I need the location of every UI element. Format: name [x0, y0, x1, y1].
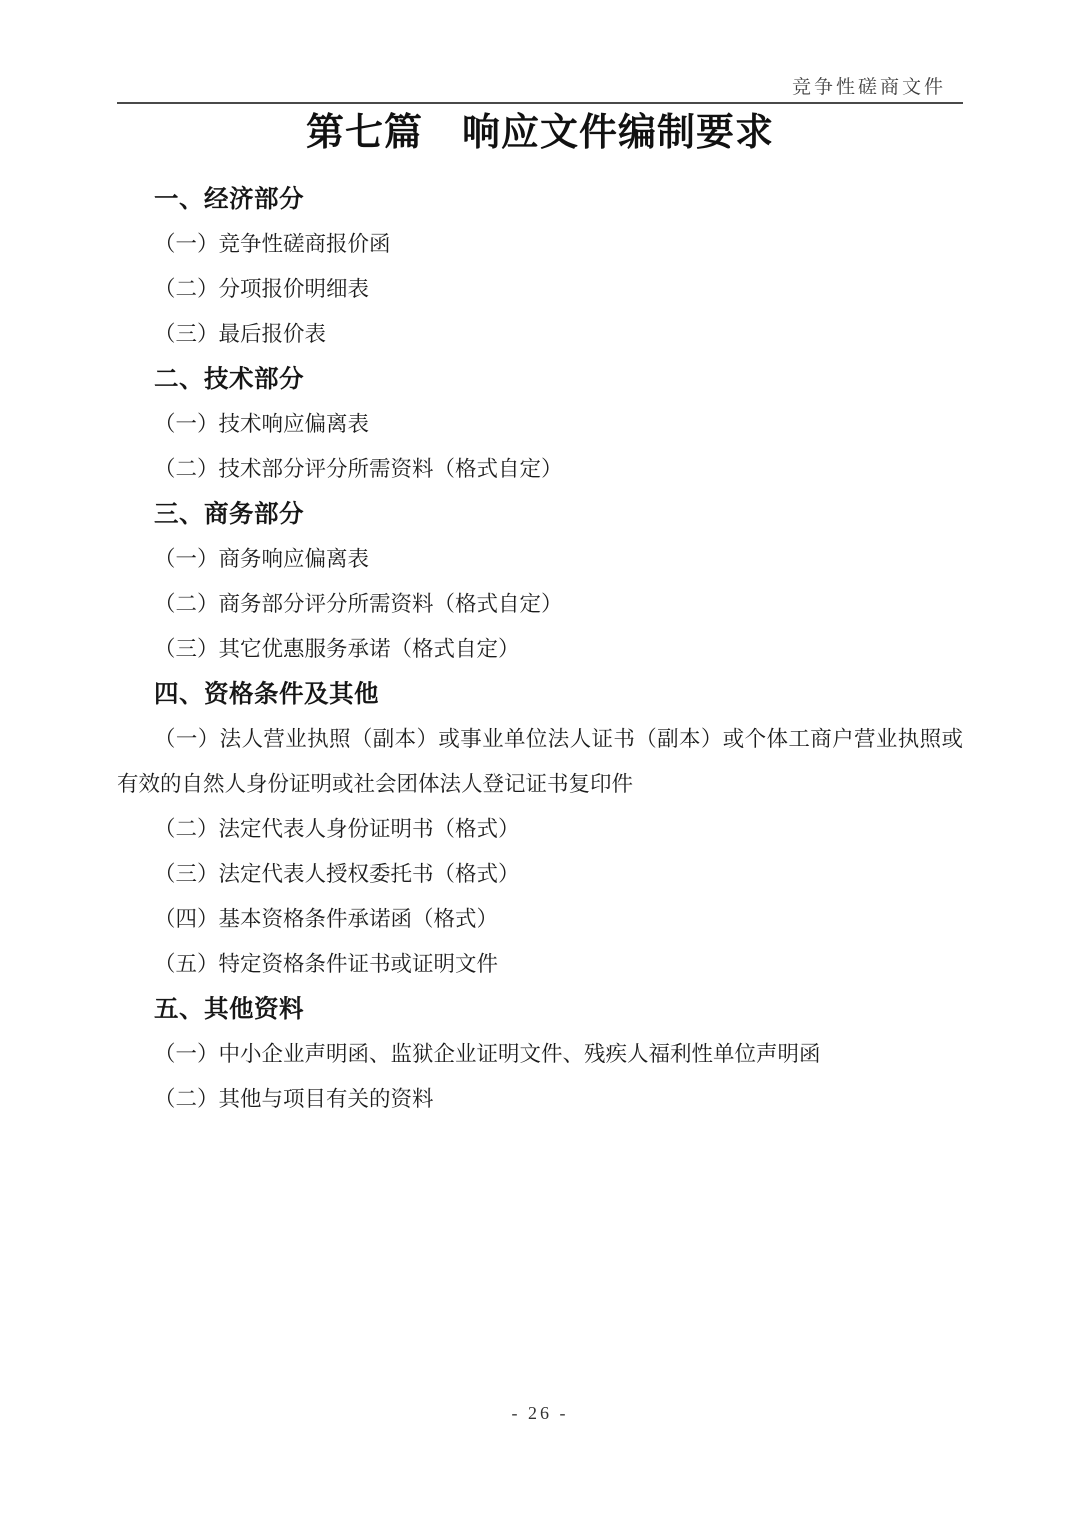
list-item: （一）竞争性磋商报价函: [117, 222, 963, 267]
list-item: （二）法定代表人身份证明书（格式）: [117, 807, 963, 852]
page-header: 竞争性磋商文件: [117, 60, 963, 104]
document-page: 竞争性磋商文件 第七篇 响应文件编制要求 一、经济部分 （一）竞争性磋商报价函 …: [0, 0, 1074, 1520]
list-item: （二）分项报价明细表: [117, 267, 963, 312]
page-title: 第七篇 响应文件编制要求: [117, 108, 963, 158]
header-text: 竞争性磋商文件: [792, 72, 946, 99]
list-item: （四）基本资格条件承诺函（格式）: [117, 897, 963, 942]
list-item: （二）其他与项目有关的资料: [117, 1077, 963, 1122]
page-number: - 26 -: [512, 1403, 569, 1423]
list-item: （三）其它优惠服务承诺（格式自定）: [117, 627, 963, 672]
list-item: （二）商务部分评分所需资料（格式自定）: [117, 582, 963, 627]
list-item: （一）商务响应偏离表: [117, 537, 963, 582]
section-heading-technical: 二、技术部分: [117, 357, 963, 402]
section-heading-commercial: 三、商务部分: [117, 492, 963, 537]
page-footer: - 26 -: [117, 1403, 963, 1424]
list-item: （一）技术响应偏离表: [117, 402, 963, 447]
document-body: 一、经济部分 （一）竞争性磋商报价函 （二）分项报价明细表 （三）最后报价表 二…: [117, 177, 963, 1122]
list-item: （五）特定资格条件证书或证明文件: [117, 942, 963, 987]
section-heading-economic: 一、经济部分: [117, 177, 963, 222]
list-item: （三）法定代表人授权委托书（格式）: [117, 852, 963, 897]
section-heading-qualification: 四、资格条件及其他: [117, 672, 963, 717]
list-item: （一）法人营业执照（副本）或事业单位法人证书（副本）或个体工商户营业执照或有效的…: [117, 717, 963, 807]
section-heading-other: 五、其他资料: [117, 987, 963, 1032]
list-item: （三）最后报价表: [117, 312, 963, 357]
list-item: （二）技术部分评分所需资料（格式自定）: [117, 447, 963, 492]
list-item: （一）中小企业声明函、监狱企业证明文件、残疾人福利性单位声明函: [117, 1032, 963, 1077]
